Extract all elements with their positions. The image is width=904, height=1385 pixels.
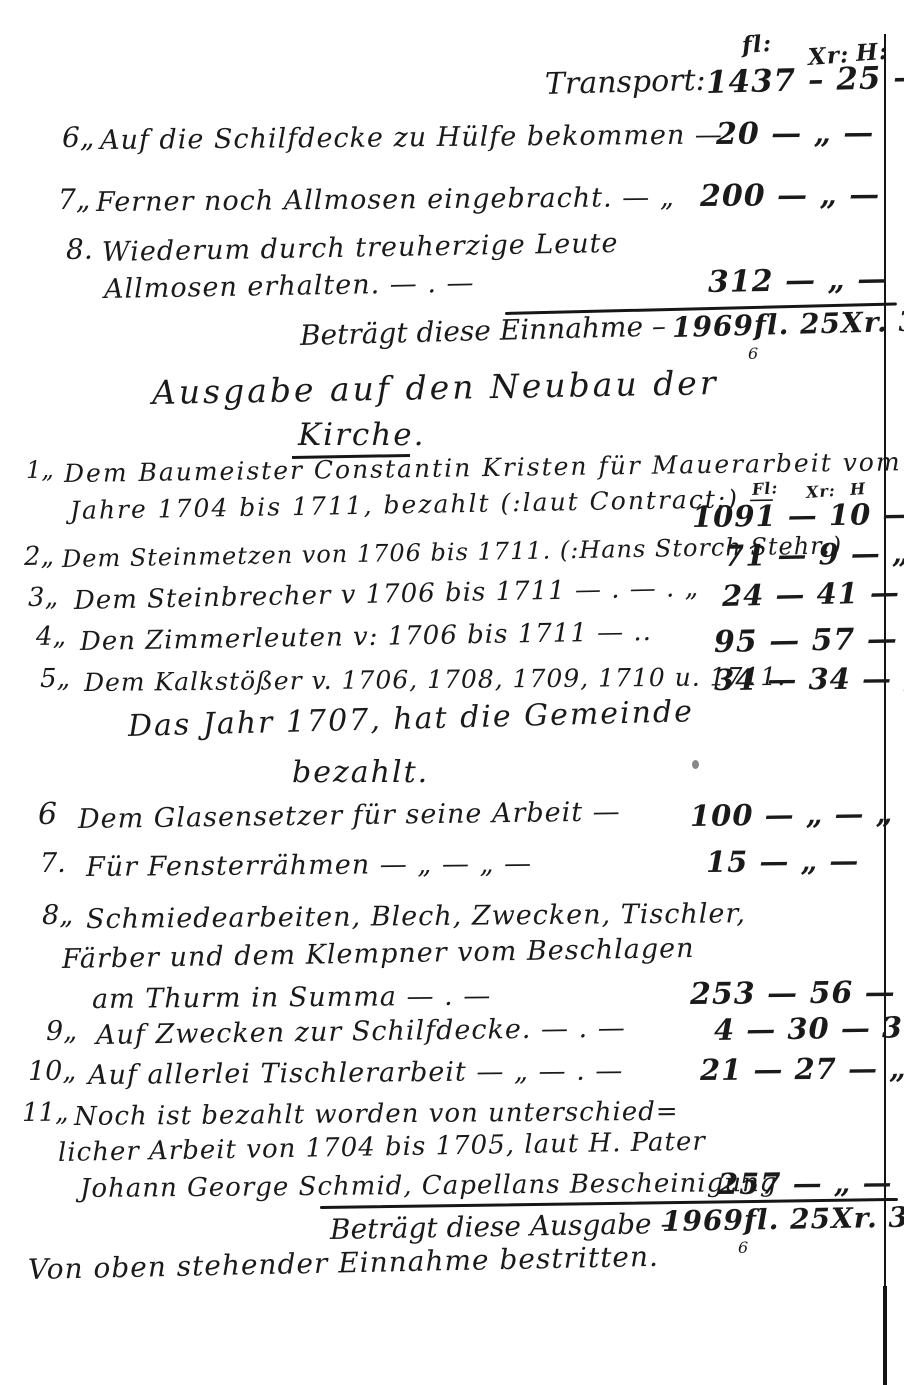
ink-speck (692, 760, 699, 769)
expense-total-amount: 1969fl. 25Xr. 3H. (662, 1203, 904, 1236)
expense-entry-number: 9„ (46, 1018, 78, 1045)
expense-entry-text: Dem Glasensetzer für seine Arbeit — (78, 798, 621, 833)
expense-entry-text: Dem Steinbrecher v 1706 bis 1711 — . — .… (74, 575, 700, 614)
expense-total-label: Beträgt diese Ausgabe – (330, 1210, 675, 1244)
income-entry-amount: 200 — „ — (700, 180, 880, 212)
middle-note-line1: Das Jahr 1707, hat die Gemeinde (128, 697, 695, 742)
expense-entry-number: 4„ (36, 623, 66, 650)
margin-rule-bottom (883, 1286, 887, 1385)
income-entry-amount: 312 — „ — (708, 265, 889, 298)
expense-entry-number: 8„ (42, 902, 73, 929)
expense-entry-amount: 24 — 41 — „ (722, 578, 904, 611)
income-entry-number: 6„ (62, 124, 95, 152)
expense-entry-number: 2„ (24, 543, 54, 570)
income-entry-text: Ferner noch Allmosen eingebracht. — „ (96, 184, 675, 216)
expense-entry-amount: 34 — 34 — „ (714, 664, 904, 695)
expense-entry-text-line3: Johann George Schmid, Capellans Beschein… (80, 1170, 778, 1202)
expense-entry-text: Den Zimmerleuten v: 1706 bis 1711 — .. (80, 619, 652, 655)
income-entry-number: 7„ (58, 186, 91, 214)
expense-entry-amount: 71 — 9 — „ (724, 539, 904, 571)
transport-amount: 1437 – 25 – 3 (706, 62, 904, 99)
expense-entry-text-line2: Färber und dem Klempner vom Beschlagen (62, 935, 695, 973)
income-entry-text-line2: Allmosen erhalten. — . — (104, 270, 475, 303)
income-total-label: Beträgt diese Einnahme – (300, 312, 667, 350)
expense-entry-number: 3„ (28, 584, 59, 611)
expense-entry-number: 10„ (28, 1058, 77, 1085)
expense-entry-number: 11„ (22, 1100, 69, 1126)
expense-entry-text-line1: Noch ist bezahlt worden von unterschied= (74, 1099, 679, 1130)
middle-note-line2: bezahlt. (292, 758, 429, 788)
income-total-amount: 1969fl. 25Xr. 3H. (672, 307, 904, 342)
income-total-subscript: 6 (748, 344, 758, 363)
expense-entry-amount: 1091 — 10 — 3 (692, 499, 904, 532)
expense-entry-amount: 95 — 57 — 3. (714, 624, 904, 658)
expense-entry-amount: 21 — 27 — „ (700, 1054, 904, 1085)
expense-entry-text: Auf Zwecken zur Schilfdecke. — . — (96, 1015, 626, 1049)
expense-entry-text: Für Fensterrähmen — „ — „ — (86, 850, 532, 881)
income-entry-text-line1: Wiederum durch treuherzige Leute (102, 230, 619, 266)
expense-entry-amount: 4 — 30 — 3. (714, 1013, 904, 1045)
expense-entry-text: Auf allerlei Tischlerarbeit — „ — . — (88, 1057, 624, 1089)
expense-entry-text-line1: Schmiedearbeiten, Blech, Zwecken, Tischl… (86, 900, 746, 933)
expense-entry-amount: 15 — „ — (706, 847, 860, 877)
expense-entry-text-line3: am Thurm in Summa — . — (92, 983, 492, 1013)
mini-column-header-h: H (849, 481, 866, 498)
section-heading-line1: Ausgabe auf den Neubau der (152, 366, 719, 409)
expense-entry-number: 1„ (26, 458, 54, 482)
expense-entry-text-line2: licher Arbeit von 1704 bis 1705, laut H.… (58, 1129, 706, 1166)
expense-entry-number: 6 (38, 800, 58, 830)
income-entry-text: Auf die Schilfdecke zu Hülfe bekommen — (100, 122, 723, 154)
expense-entry-text-line2: Jahre 1704 bis 1711, bezahlt (:laut Cont… (70, 486, 776, 523)
expense-entry-number: 7. (40, 850, 66, 877)
income-entry-amount: 20 — „ — (716, 119, 875, 150)
income-entry-number: 8. (66, 236, 93, 264)
expense-total-subscript: 6 (738, 1238, 748, 1257)
expense-entry-amount: 257 — „ — (718, 1168, 893, 1199)
mini-column-header-fl: Fl: (751, 480, 778, 498)
manuscript-page: fl: Xr: H: Transport: 1437 – 25 – 3 6„ A… (0, 0, 904, 1385)
expense-entry-text: Dem Kalkstößer v. 1706, 1708, 1709, 1710… (84, 664, 786, 695)
column-header-fl: fl: (741, 32, 773, 57)
transport-label: Transport: (545, 66, 706, 100)
expense-entry-amount: 253 — 56 — (690, 978, 896, 1010)
closing-text: Von oben stehender Einnahme bestritten. (28, 1243, 659, 1284)
expense-entry-amount: 100 — „ — „ (690, 799, 894, 831)
expense-entry-number: 5„ (40, 666, 70, 692)
section-heading-line2: Kirche. (298, 420, 425, 451)
